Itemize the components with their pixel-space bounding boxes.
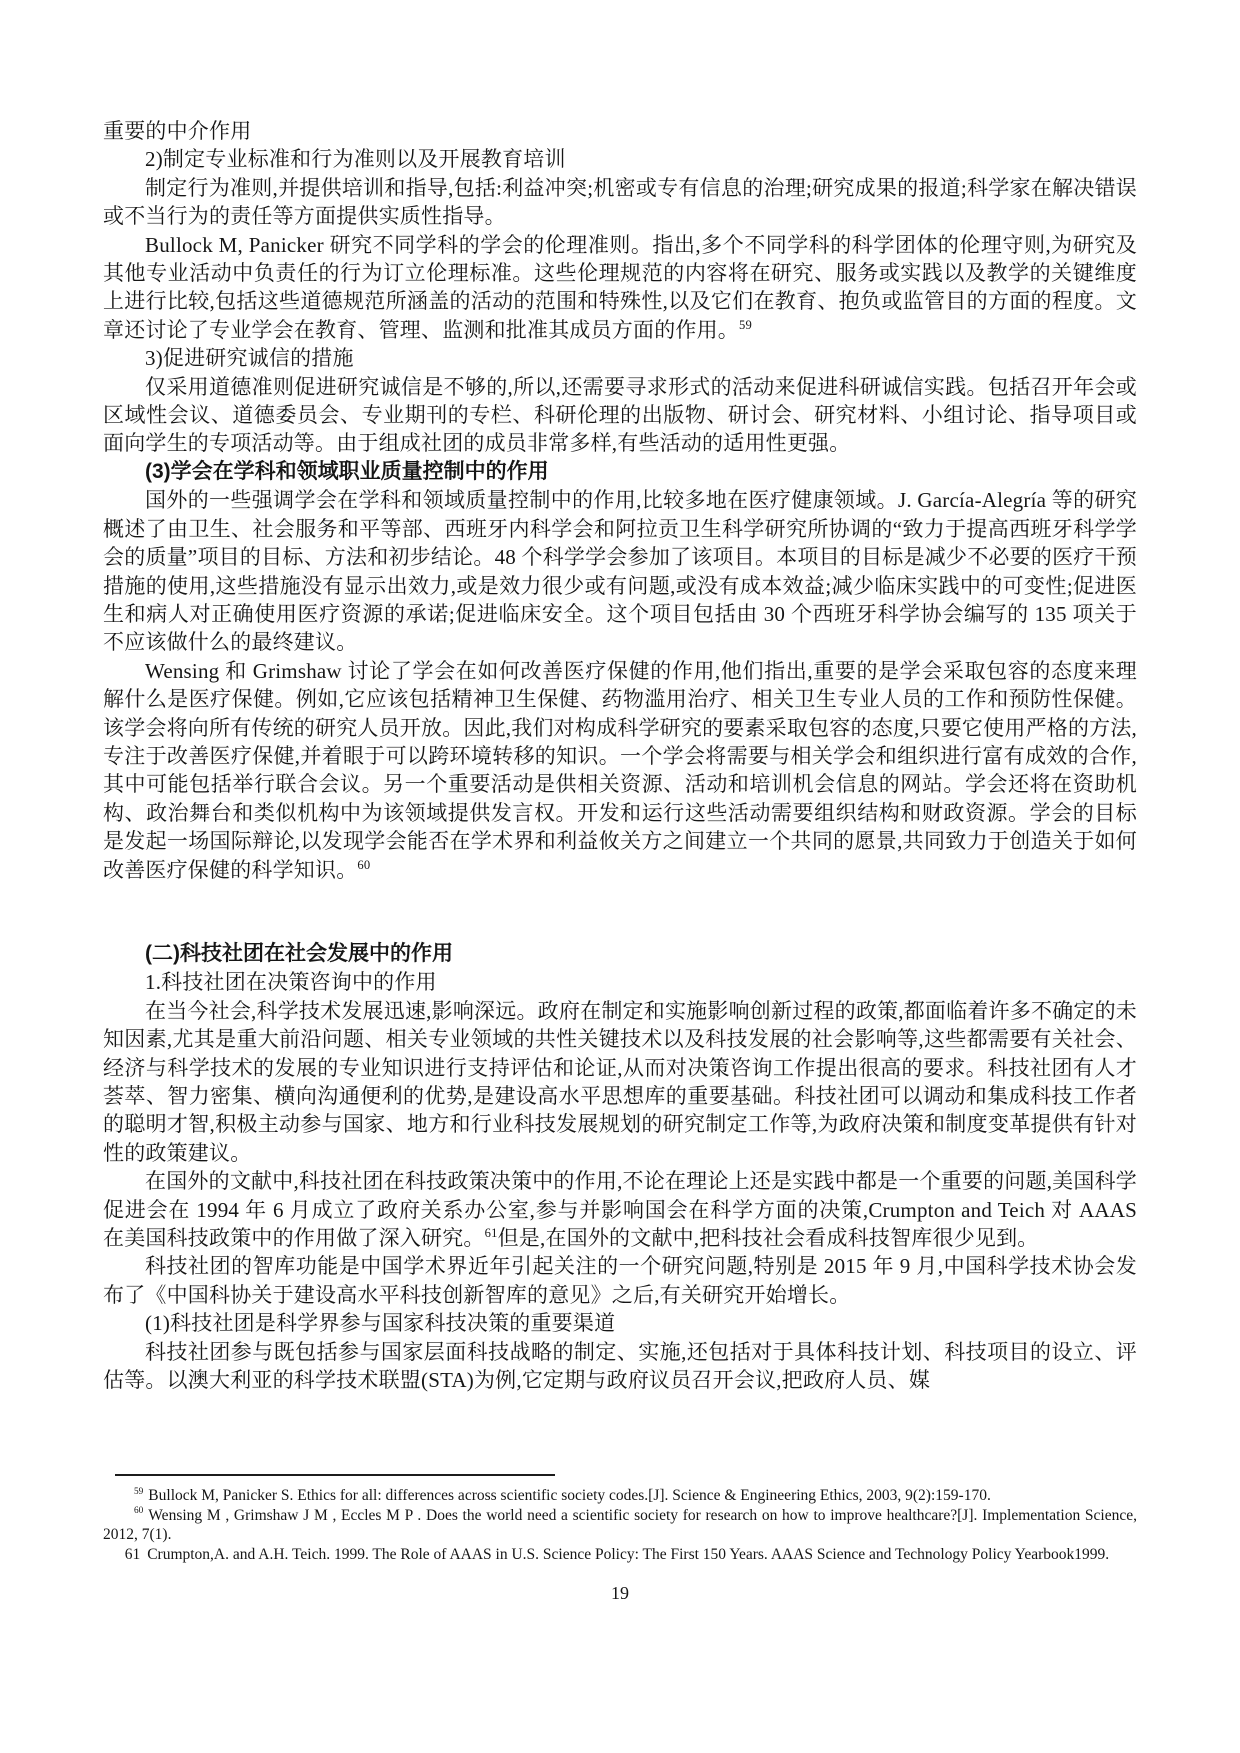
footnote-number: 61 (125, 1546, 141, 1563)
footnote-text: Bullock M, Panicker S. Ethics for all: d… (148, 1487, 991, 1504)
para-garcia-alegria: 国外的一些强调学会在学科和领域质量控制中的作用,比较多地在医疗健康领域。J. G… (103, 486, 1137, 656)
para-integrity-activities: 仅采用道德准则促进研究诚信是不够的,所以,还需要寻求形式的活动来促进科研诚信实践… (103, 373, 1137, 458)
para-sta-example: 科技社团参与既包括参与国家层面科技战略的制定、实施,还包括对于具体科技计划、科技… (103, 1338, 1137, 1395)
footnote-number: 59 (134, 1487, 143, 1497)
subheading-channel: (1)科技社团是科学界参与国家科技决策的重要渠道 (103, 1309, 1137, 1337)
footnote-text: Wensing M , Grimshaw J M , Eccles M P . … (103, 1507, 1137, 1544)
heading-social-development: (二)科技社团在社会发展中的作用 (103, 940, 1137, 968)
footnote-number: 60 (134, 1506, 143, 1516)
page-number: 19 (0, 1583, 1240, 1604)
para-intermediary-role: 重要的中介作用 (103, 117, 1137, 145)
para-item2-standards: 2)制定专业标准和行为准则以及开展教育培训 (103, 145, 1137, 173)
footnote-ref-60: 60 (357, 858, 370, 872)
para-think-tank: 科技社团的智库功能是中国学术界近年引起关注的一个研究问题,特别是 2015 年 … (103, 1252, 1137, 1309)
para-foreign-literature: 在国外的文献中,科技社团在科技政策决策中的作用,不论在理论上还是实践中都是一个重… (103, 1167, 1137, 1252)
footnote-ref-59: 59 (739, 318, 752, 332)
footnote-separator (115, 1474, 555, 1476)
para-code-of-conduct: 制定行为准则,并提供培训和指导,包括:利益冲突;机密或专有信息的治理;研究成果的… (103, 174, 1137, 231)
footnote-text: Crumpton,A. and A.H. Teich. 1999. The Ro… (147, 1546, 1109, 1563)
paragraph-text: 但是,在国外的文献中,把科技社会看成科技智库很少见到。 (498, 1226, 1039, 1250)
para-item3-integrity: 3)促进研究诚信的措施 (103, 344, 1137, 372)
paragraph-text: Wensing 和 Grimshaw 讨论了学会在如何改善医疗保健的作用,他们指… (103, 659, 1137, 882)
footnote-ref-61: 61 (485, 1226, 498, 1240)
para-bullock-panicker: Bullock M, Panicker 研究不同学科的学会的伦理准则。指出,多个… (103, 231, 1137, 345)
para-wensing-grimshaw: Wensing 和 Grimshaw 讨论了学会在如何改善医疗保健的作用,他们指… (103, 657, 1137, 884)
para-decision-consulting: 在当今社会,科学技术发展迅速,影响深远。政府在制定和实施影响创新过程的政策,都面… (103, 997, 1137, 1167)
footnote-61: 61Crumpton,A. and A.H. Teich. 1999. The … (103, 1545, 1137, 1565)
document-page: 重要的中介作用 2)制定专业标准和行为准则以及开展教育培训 制定行为准则,并提供… (0, 0, 1240, 1753)
footnote-block: 59Bullock M, Panicker S. Ethics for all:… (103, 1468, 1137, 1564)
paragraph-text: Bullock M, Panicker 研究不同学科的学会的伦理准则。指出,多个… (103, 233, 1137, 342)
heading-quality-control: (3)学会在学科和领域职业质量控制中的作用 (103, 458, 1137, 486)
footnote-59: 59Bullock M, Panicker S. Ethics for all:… (103, 1486, 1137, 1506)
footnote-60: 60Wensing M , Grimshaw J M , Eccles M P … (103, 1506, 1137, 1545)
subheading-decision-consulting: 1.科技社团在决策咨询中的作用 (103, 968, 1137, 996)
